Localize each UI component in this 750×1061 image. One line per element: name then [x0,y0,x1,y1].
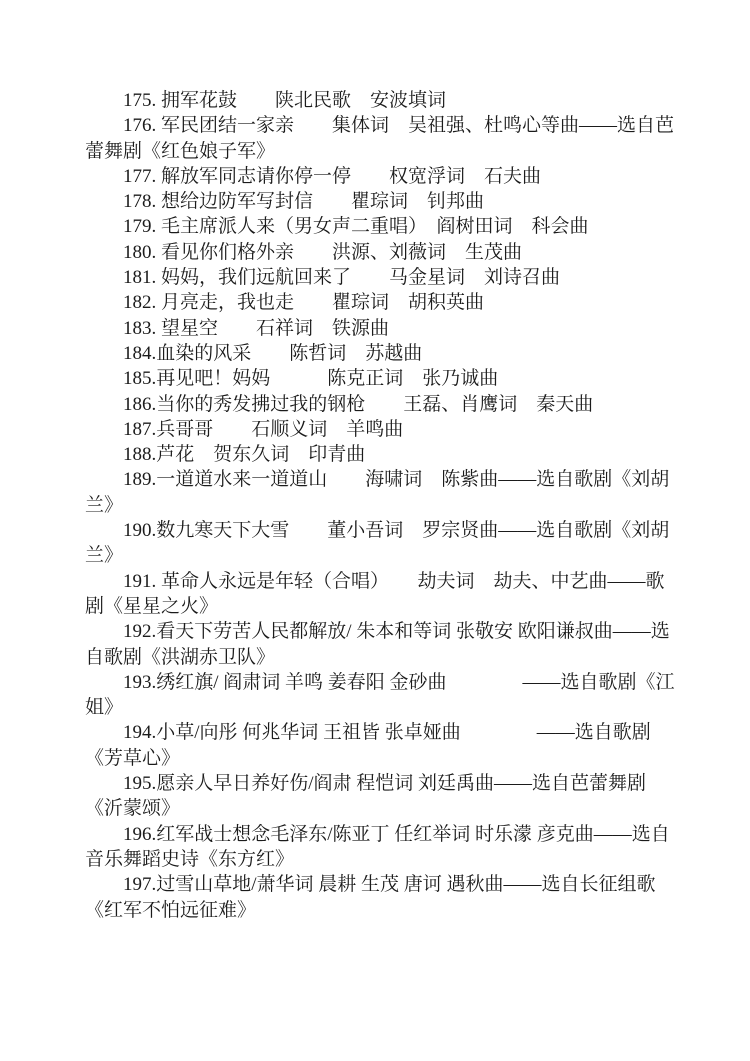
entry-number: 184. [123,343,156,364]
entry-text: 再见吧！妈妈 陈克正词 张乃诚曲 [156,368,498,389]
entry-number: 179. [123,216,156,237]
entry-number: 185. [123,368,156,389]
entry-number: 182. [123,292,156,313]
document-page: 175. 拥军花鼓 陕北民歌 安波填词 176. 军民团结一家亲 集体词 吴祖强… [0,0,750,1061]
entry-text: 芦花 贺东久词 印青曲 [156,444,365,465]
entry-number: 180. [123,242,156,263]
entry-text: 拥军花鼓 陕北民歌 安波填词 [156,90,446,111]
song-entry: 179. 毛主席派人来（男女声二重唱） 阎树田词 科会曲 [85,214,675,239]
song-entry: 180. 看见你们格外亲 洪源、刘薇词 生茂曲 [85,240,675,265]
song-entry: 194.小草/向彤 何兆华词 王祖皆 张卓娅曲 ——选自歌剧《芳草心》 [85,720,675,771]
song-entry: 178. 想给边防军写封信 瞿琮词 钊邦曲 [85,189,675,214]
song-entry: 196.红军战士想念毛泽东/陈亚丁 任红举词 时乐濛 彦克曲——选自音乐舞蹈史诗… [85,822,675,873]
entry-text: 解放军同志请你停一停 权宽浮词 石夫曲 [156,166,541,187]
entry-number: 187. [123,419,156,440]
song-entry: 175. 拥军花鼓 陕北民歌 安波填词 [85,88,675,113]
song-entry: 197.过雪山草地/萧华词 晨耕 生茂 唐诃 遇秋曲——选自长征组歌《红军不怕远… [85,872,675,923]
entry-text: 军民团结一家亲 集体词 吴祖强、杜鸣心等曲——选自芭蕾舞剧《红色娘子军》 [85,115,674,161]
entry-number: 177. [123,166,156,187]
song-entry: 176. 军民团结一家亲 集体词 吴祖强、杜鸣心等曲——选自芭蕾舞剧《红色娘子军… [85,113,675,164]
entry-text: 愿亲人早日养好伤/阎肃 程恺词 刘廷禹曲——选自芭蕾舞剧《沂蒙颂》 [85,773,646,819]
entry-number: 175. [123,90,156,111]
entry-number: 192. [123,621,156,642]
entry-text: 看见你们格外亲 洪源、刘薇词 生茂曲 [156,242,522,263]
song-entry: 181. 妈妈，我们远航回来了 马金星词 刘诗召曲 [85,265,675,290]
song-entry: 182. 月亮走，我也走 瞿琮词 胡积英曲 [85,290,675,315]
entry-text: 一道道水来一道道山 海啸词 陈紫曲——选自歌剧《刘胡兰》 [85,469,669,515]
song-entry: 186.当你的秀发拂过我的钢枪 王磊、肖鹰词 秦天曲 [85,392,675,417]
song-entry: 185.再见吧！妈妈 陈克正词 张乃诚曲 [85,366,675,391]
entry-number: 186. [123,394,156,415]
entry-text: 想给边防军写封信 瞿琮词 钊邦曲 [156,191,484,212]
entry-text: 妈妈，我们远航回来了 马金星词 刘诗召曲 [156,267,560,288]
entry-text: 过雪山草地/萧华词 晨耕 生茂 唐诃 遇秋曲——选自长征组歌《红军不怕远征难》 [85,874,656,920]
song-entry: 192.看天下劳苦人民都解放/ 朱本和等词 张敬安 欧阳谦叔曲——选自歌剧《洪湖… [85,619,675,670]
entry-number: 188. [123,444,156,465]
entry-number: 194. [123,722,156,743]
entry-number: 176. [123,115,156,136]
song-entry: 195.愿亲人早日养好伤/阎肃 程恺词 刘廷禹曲——选自芭蕾舞剧《沂蒙颂》 [85,771,675,822]
song-entry: 189.一道道水来一道道山 海啸词 陈紫曲——选自歌剧《刘胡兰》 [85,467,675,518]
entry-text: 兵哥哥 石顺义词 羊鸣曲 [156,419,403,440]
entry-number: 193. [123,672,156,693]
entry-text: 月亮走，我也走 瞿琮词 胡积英曲 [156,292,484,313]
entry-text: 数九寒天下大雪 董小吾词 罗宗贤曲——选自歌剧《刘胡兰》 [85,520,669,566]
song-entry: 190.数九寒天下大雪 董小吾词 罗宗贤曲——选自歌剧《刘胡兰》 [85,518,675,569]
song-entry: 191. 革命人永远是年轻（合唱） 劫夫词 劫夫、中艺曲——歌剧《星星之火》 [85,569,675,620]
entry-text: 毛主席派人来（男女声二重唱） 阎树田词 科会曲 [156,216,588,237]
entry-text: 红军战士想念毛泽东/陈亚丁 任红举词 时乐濛 彦克曲——选自音乐舞蹈史诗《东方红… [85,824,670,870]
entry-number: 178. [123,191,156,212]
entry-text: 绣红旗/ 阎肃词 羊鸣 姜春阳 金砂曲 ——选自歌剧《江姐》 [85,672,675,718]
entry-number: 183. [123,318,156,339]
entry-number: 197. [123,874,156,895]
song-entry: 184.血染的风采 陈哲词 苏越曲 [85,341,675,366]
song-entry: 187.兵哥哥 石顺义词 羊鸣曲 [85,417,675,442]
song-entry: 183. 望星空 石祥词 铁源曲 [85,316,675,341]
song-entry: 188.芦花 贺东久词 印青曲 [85,442,675,467]
entry-text: 看天下劳苦人民都解放/ 朱本和等词 张敬安 欧阳谦叔曲——选自歌剧《洪湖赤卫队》 [85,621,670,667]
entry-number: 181. [123,267,156,288]
entry-number: 189. [123,469,156,490]
entry-number: 191. [123,571,156,592]
song-list: 175. 拥军花鼓 陕北民歌 安波填词 176. 军民团结一家亲 集体词 吴祖强… [85,88,675,923]
entry-text: 革命人永远是年轻（合唱） 劫夫词 劫夫、中艺曲——歌剧《星星之火》 [85,571,665,617]
entry-text: 望星空 石祥词 铁源曲 [156,318,389,339]
entry-number: 196. [123,824,156,845]
entry-number: 190. [123,520,156,541]
entry-text: 血染的风采 陈哲词 苏越曲 [156,343,422,364]
entry-text: 当你的秀发拂过我的钢枪 王磊、肖鹰词 秦天曲 [156,394,593,415]
entry-text: 小草/向彤 何兆华词 王祖皆 张卓娅曲 ——选自歌剧《芳草心》 [85,722,651,768]
song-entry: 177. 解放军同志请你停一停 权宽浮词 石夫曲 [85,164,675,189]
entry-number: 195. [123,773,156,794]
song-entry: 193.绣红旗/ 阎肃词 羊鸣 姜春阳 金砂曲 ——选自歌剧《江姐》 [85,670,675,721]
